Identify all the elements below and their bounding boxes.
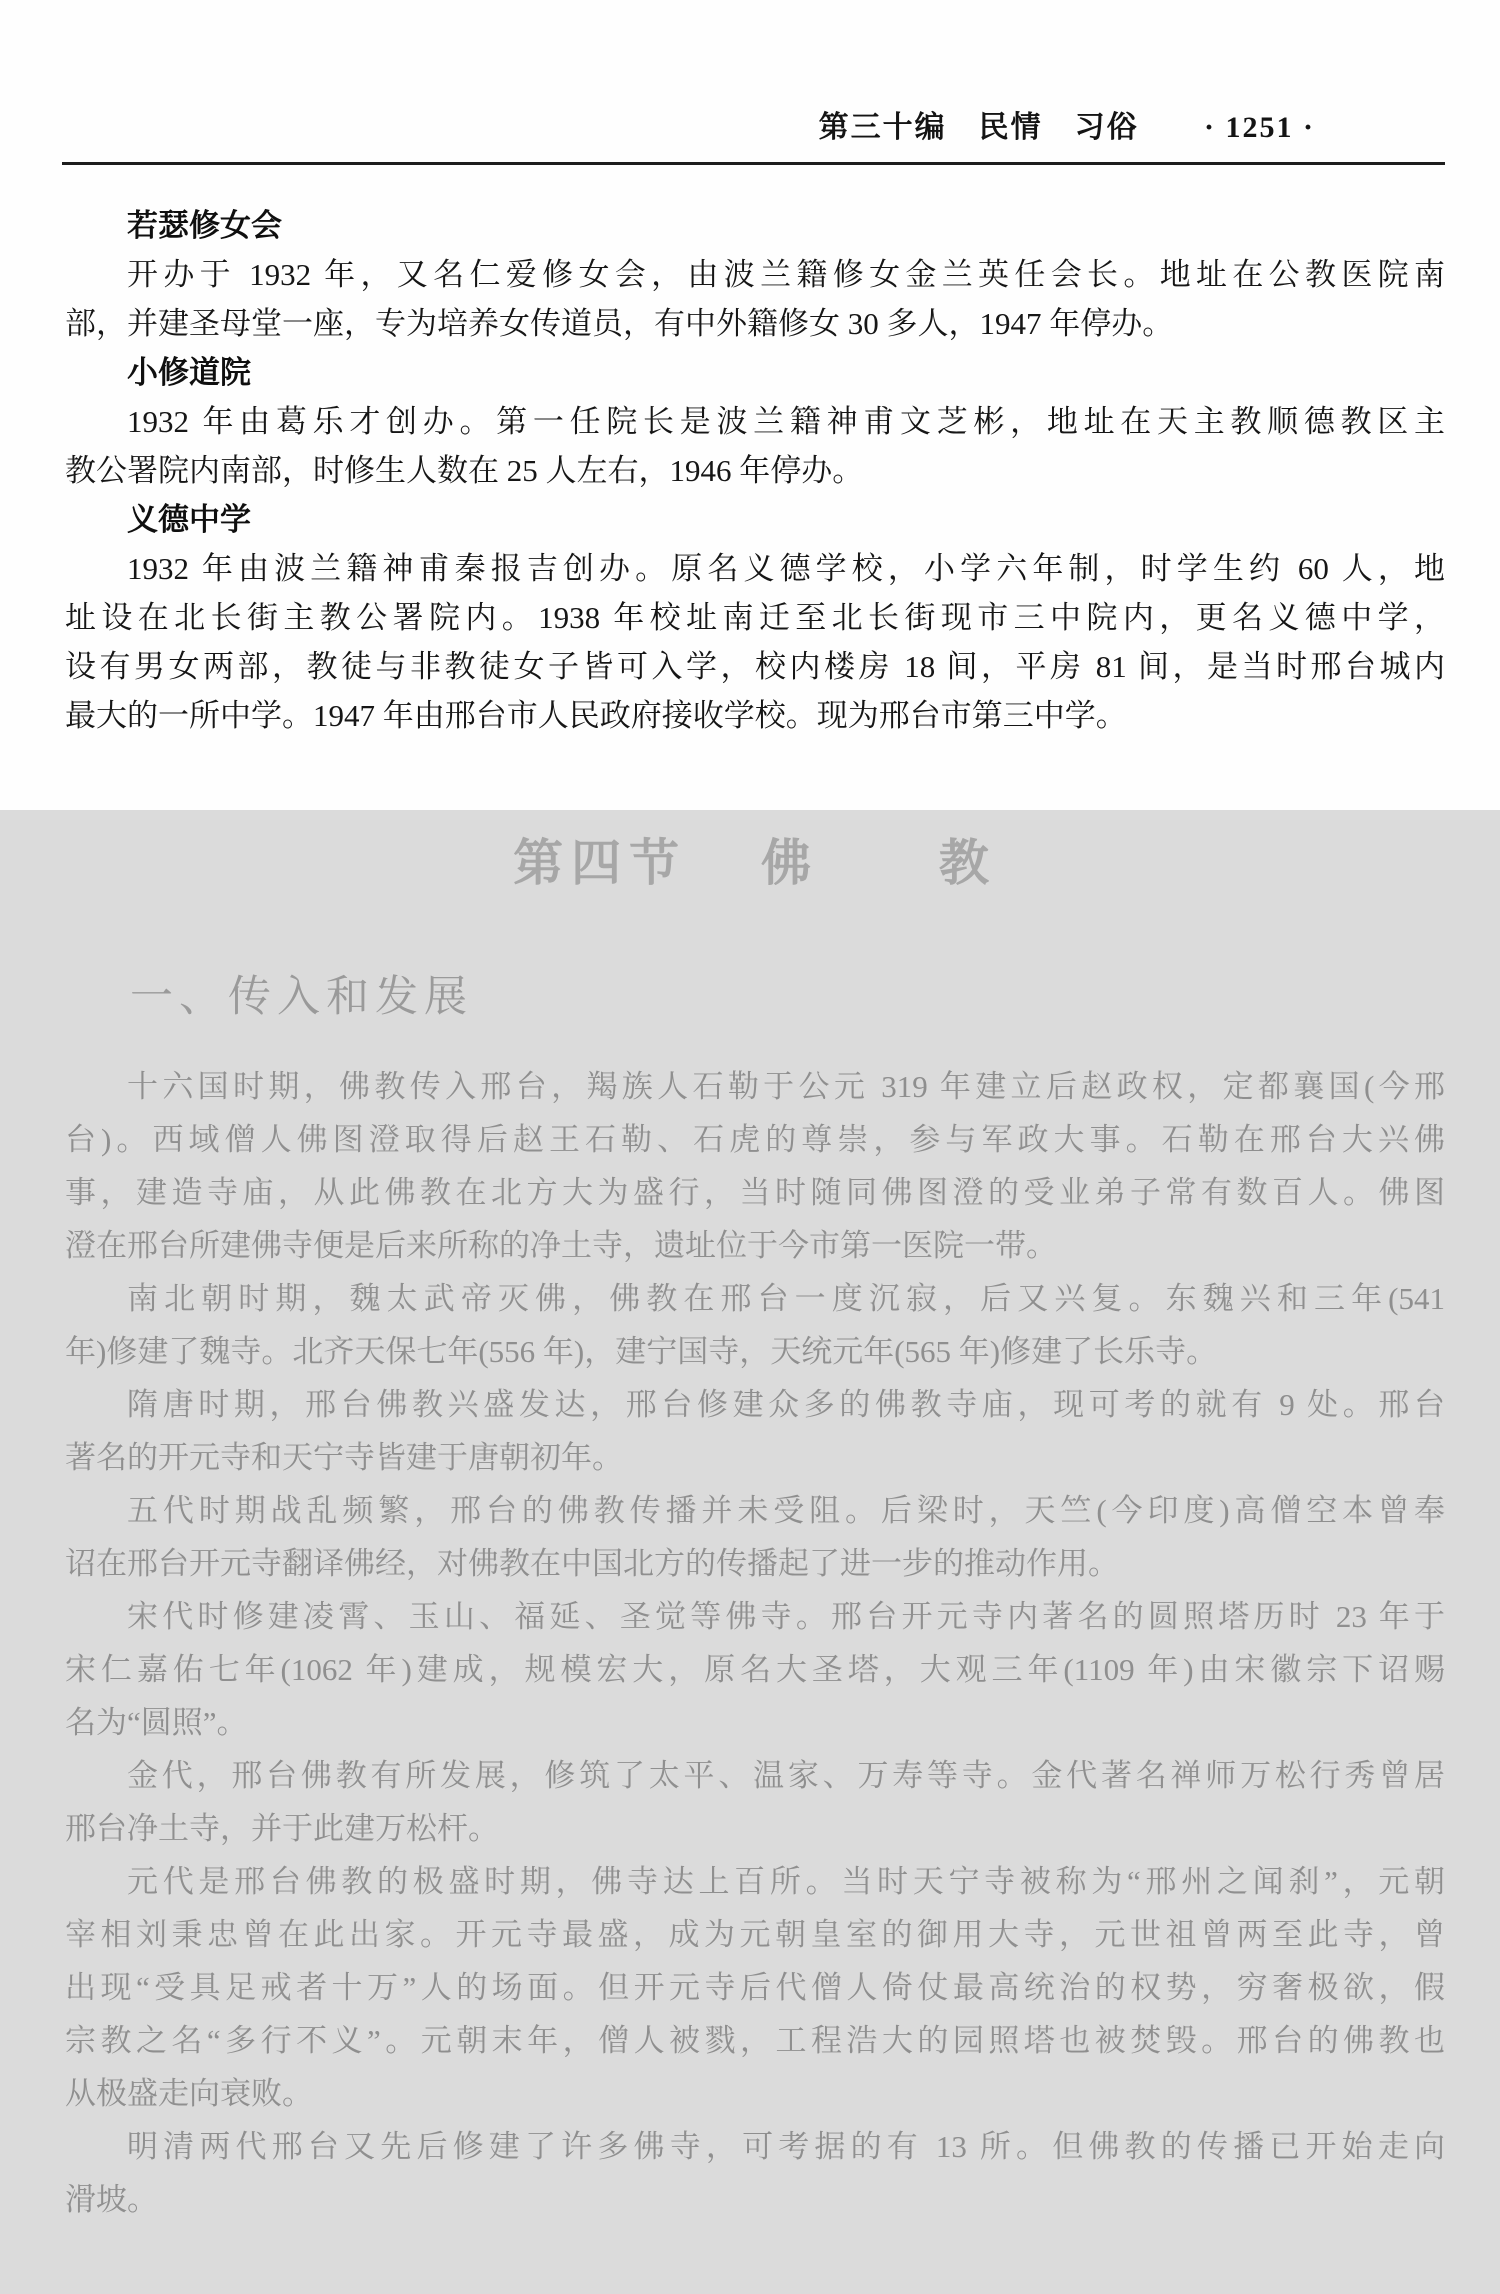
subsection-title: 一、传入和发展 xyxy=(65,972,1445,1022)
text-line: 诏在邢台开元寺翻译佛经，对佛教在中国北方的传播起了进一步的推动作用。 xyxy=(65,1537,1445,1590)
page-number: · 1251 · xyxy=(1204,111,1315,144)
section-title-word-2: 教 xyxy=(939,835,997,891)
text-line: 年)修建了魏寺。北齐天保七年(556 年)，建宁国寺，天统元年(565 年)修建… xyxy=(65,1325,1445,1378)
text-line: 邢台净土寺，并于此建万松杆。 xyxy=(65,1802,1445,1855)
paragraph: 南北朝时期，魏太武帝灭佛，佛教在邢台一度沉寂，后又兴复。东魏兴和三年(541年)… xyxy=(65,1272,1445,1378)
paragraph: 元代是邢台佛教的极盛时期，佛寺达上百所。当时天宁寺被称为“邢州之闻刹”，元朝宰相… xyxy=(65,1855,1445,2120)
paragraph: 五代时期战乱频繁，邢台的佛教传播并未受阻。后梁时，天竺(今印度)高僧空本曾奉诏在… xyxy=(65,1484,1445,1590)
text-line: 事，建造寺庙，从此佛教在北方大为盛行，当时随同佛图澄的受业弟子常有数百人。佛图 xyxy=(65,1166,1445,1219)
text-line: 著名的开元寺和天宁寺皆建于唐朝初年。 xyxy=(65,1431,1445,1484)
text-line: 十六国时期，佛教传入邢台，羯族人石勒于公元 319 年建立后赵政权，定都襄国(今… xyxy=(65,1060,1445,1113)
text-line: 台)。西域僧人佛图澄取得后赵王石勒、石虎的尊崇，参与军政大事。石勒在邢台大兴佛 xyxy=(65,1113,1445,1166)
text-line: 名为“圆照”。 xyxy=(65,1696,1445,1749)
paragraph: 明清两代邢台又先后修建了许多佛寺，可考据的有 13 所。但佛教的传播已开始走向滑… xyxy=(65,2120,1445,2226)
book-page: 第三十编 民情 习俗 · 1251 · 若瑟修女会开办于 1932 年，又名仁爱… xyxy=(0,0,1500,2294)
text-line: 1932 年由波兰籍神甫秦报吉创办。原名义德学校，小学六年制，时学生约 60 人… xyxy=(65,544,1445,593)
text-line: 澄在邢台所建佛寺便是后来所称的净土寺，遗址位于今市第一医院一带。 xyxy=(65,1219,1445,1272)
buddhism-section: 第四节 佛 教 一、传入和发展 十六国时期，佛教传入邢台，羯族人石勒于公元 31… xyxy=(0,810,1500,2294)
text-line: 从极盛走向衰败。 xyxy=(65,2067,1445,2120)
text-line: 设有男女两部，教徒与非教徒女子皆可入学，校内楼房 18 间，平房 81 间，是当… xyxy=(65,642,1445,691)
text-line: 开办于 1932 年，又名仁爱修女会，由波兰籍修女金兰英任会长。地址在公教医院南 xyxy=(65,250,1445,299)
text-line: 宋仁嘉佑七年(1062 年)建成，规模宏大，原名大圣塔，大观三年(1109 年)… xyxy=(65,1643,1445,1696)
text-line: 南北朝时期，魏太武帝灭佛，佛教在邢台一度沉寂，后又兴复。东魏兴和三年(541 xyxy=(65,1272,1445,1325)
section-title-word-1: 佛 xyxy=(761,835,819,891)
entry-heading: 义德中学 xyxy=(65,495,1445,544)
text-line: 址设在北长街主教公署院内。1938 年校址南迁至北长街现市三中院内，更名义德中学… xyxy=(65,593,1445,642)
running-head: 第三十编 民情 习俗 · 1251 · xyxy=(0,110,1500,146)
buddhism-paragraphs: 十六国时期，佛教传入邢台，羯族人石勒于公元 319 年建立后赵政权，定都襄国(今… xyxy=(65,1060,1445,2226)
text-line: 宋代时修建凌霄、玉山、福延、圣觉等佛寺。邢台开元寺内著名的圆照塔历时 23 年于 xyxy=(65,1590,1445,1643)
section-title: 第四节 佛 教 xyxy=(65,834,1445,892)
header-rule xyxy=(62,162,1445,165)
text-line: 出现“受具足戒者十万”人的场面。但开元寺后代僧人倚仗最高统治的权势，穷奢极欲，假 xyxy=(65,1961,1445,2014)
text-line: 隋唐时期，邢台佛教兴盛发达，邢台修建众多的佛教寺庙，现可考的就有 9 处。邢台 xyxy=(65,1378,1445,1431)
text-line: 宰相刘秉忠曾在此出家。开元寺最盛，成为元朝皇室的御用大寺，元世祖曾两至此寺，曾 xyxy=(65,1908,1445,1961)
paragraph: 金代，邢台佛教有所发展，修筑了太平、温家、万寿等寺。金代著名禅师万松行秀曾居邢台… xyxy=(65,1749,1445,1855)
paragraph: 隋唐时期，邢台佛教兴盛发达，邢台修建众多的佛教寺庙，现可考的就有 9 处。邢台著… xyxy=(65,1378,1445,1484)
section-title-number: 第四节 xyxy=(513,835,687,891)
page-header: 第三十编 民情 习俗 · 1251 · xyxy=(0,110,1500,165)
running-head-title: 第三十编 民情 习俗 xyxy=(819,111,1139,144)
text-line: 部，并建圣母堂一座，专为培养女传道员，有中外籍修女 30 多人，1947 年停办… xyxy=(65,299,1445,348)
text-line: 五代时期战乱频繁，邢台的佛教传播并未受阻。后梁时，天竺(今印度)高僧空本曾奉 xyxy=(65,1484,1445,1537)
text-line: 滑坡。 xyxy=(65,2173,1445,2226)
text-line: 宗教之名“多行不义”。元朝末年，僧人被戮，工程浩大的园照塔也被焚毁。邢台的佛教也 xyxy=(65,2014,1445,2067)
text-line: 教公署院内南部，时修生人数在 25 人左右，1946 年停办。 xyxy=(65,446,1445,495)
text-line: 1932 年由葛乐才创办。第一任院长是波兰籍神甫文芝彬，地址在天主教顺德教区主 xyxy=(65,397,1445,446)
text-line: 最大的一所中学。1947 年由邢台市人民政府接收学校。现为邢台市第三中学。 xyxy=(65,691,1445,740)
text-line: 元代是邢台佛教的极盛时期，佛寺达上百所。当时天宁寺被称为“邢州之闻刹”，元朝 xyxy=(65,1855,1445,1908)
text-line: 明清两代邢台又先后修建了许多佛寺，可考据的有 13 所。但佛教的传播已开始走向 xyxy=(65,2120,1445,2173)
paragraph: 十六国时期，佛教传入邢台，羯族人石勒于公元 319 年建立后赵政权，定都襄国(今… xyxy=(65,1060,1445,1272)
catholic-entries-section: 若瑟修女会开办于 1932 年，又名仁爱修女会，由波兰籍修女金兰英任会长。地址在… xyxy=(65,201,1445,740)
entry-heading: 若瑟修女会 xyxy=(65,201,1445,250)
paragraph: 宋代时修建凌霄、玉山、福延、圣觉等佛寺。邢台开元寺内著名的圆照塔历时 23 年于… xyxy=(65,1590,1445,1749)
text-line: 金代，邢台佛教有所发展，修筑了太平、温家、万寿等寺。金代著名禅师万松行秀曾居 xyxy=(65,1749,1445,1802)
entry-heading: 小修道院 xyxy=(65,348,1445,397)
